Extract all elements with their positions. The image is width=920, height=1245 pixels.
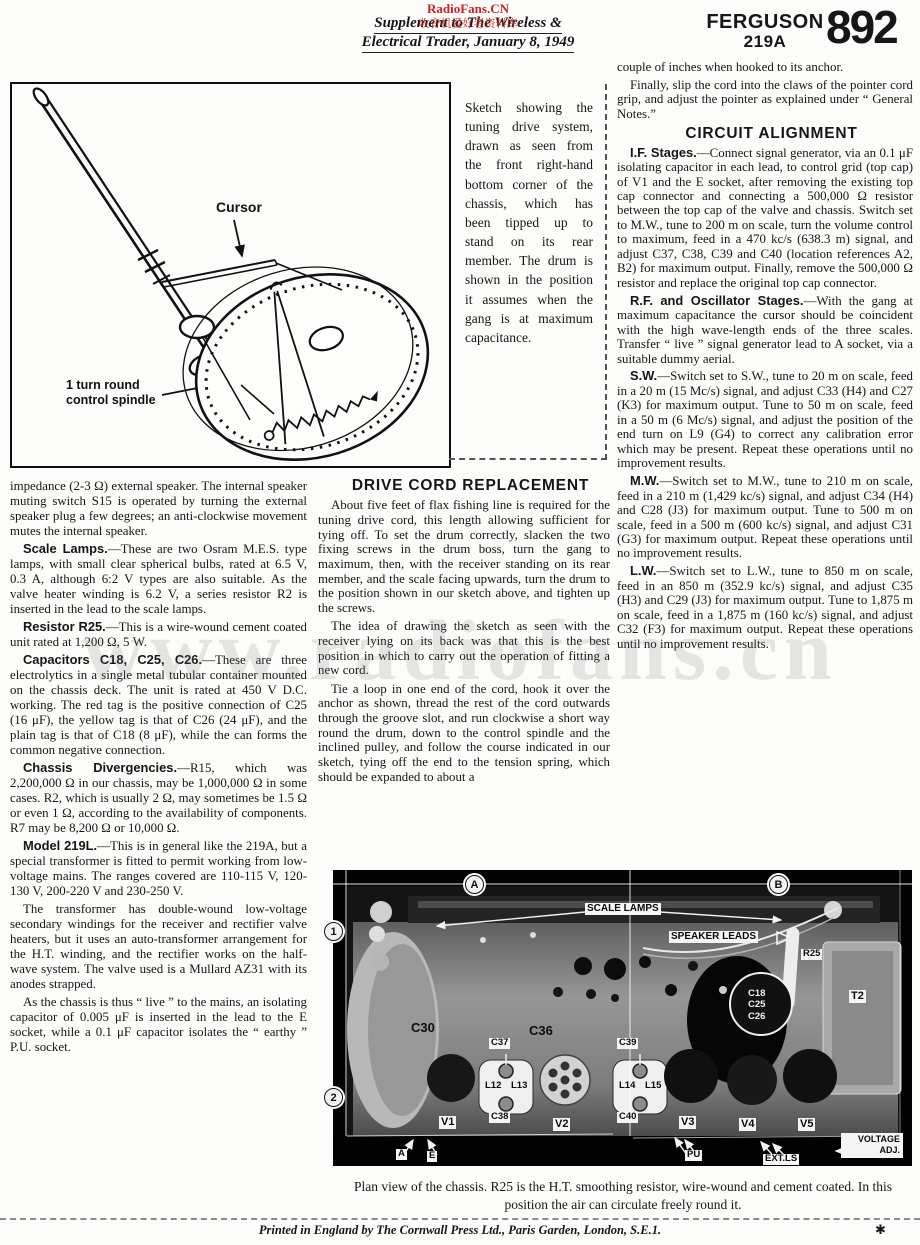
label-v3: V3	[679, 1116, 696, 1129]
label-ext-ls: EXT.LS	[763, 1154, 799, 1165]
grid-mark-b: B	[769, 875, 788, 894]
printer-imprint: Printed in England by The Cornwall Press…	[0, 1223, 920, 1238]
sheet-number: 892	[826, 0, 897, 54]
label-voltage-adj: VOLTAGE ADJ.	[841, 1133, 903, 1158]
drive-drum	[160, 236, 444, 461]
circuit-alignment-heading: CIRCUIT ALIGNMENT	[617, 125, 913, 142]
label-c18-c25-c26: C18 C25 C26	[748, 988, 765, 1022]
tuning-drive-sketch: Cursor 1 turn round control spindle	[10, 82, 451, 468]
middle-column: DRIVE CORD REPLACEMENT About five feet o…	[318, 477, 610, 788]
label-c36: C36	[529, 1023, 553, 1038]
label-v2: V2	[553, 1118, 570, 1131]
grid-mark-2: 2	[324, 1088, 343, 1107]
paragraph: Capacitors C18, C25, C26.—These are thre…	[10, 653, 307, 757]
paragraph: L.W.—Switch set to L.W., tune to 850 m o…	[617, 564, 913, 651]
label-c39: C39	[617, 1038, 638, 1049]
brand-name: FERGUSON	[706, 11, 823, 33]
label-t2: T2	[849, 990, 866, 1003]
paragraph: R.F. and Oscillator Stages.—With the gan…	[617, 294, 913, 366]
tuning-drive-sketch-drawing: Cursor 1 turn round control spindle	[12, 84, 444, 461]
grid-mark-1: 1	[324, 922, 343, 941]
grid-mark-a: A	[465, 875, 484, 894]
label-l12: L12	[483, 1081, 503, 1092]
paragraph: M.W.—Switch set to M.W., tune to 210 m o…	[617, 474, 913, 561]
label-l13: L13	[509, 1081, 529, 1092]
label-pu: PU	[685, 1150, 702, 1161]
sketch-cursor-label: Cursor	[216, 199, 262, 215]
label-c30: C30	[411, 1020, 435, 1035]
service-sheet-page: RadioFans.CN 收音机爱好者资料库 Supplement to The…	[0, 0, 920, 1245]
photo-caption: Plan view of the chassis. R25 is the H.T…	[333, 1178, 913, 1214]
paragraph: About five feet of flax fishing line is …	[318, 498, 610, 616]
footer-star-mark: ✱	[875, 1222, 886, 1238]
paragraph: Resistor R25.—This is a wire-wound cemen…	[10, 620, 307, 650]
paragraph: couple of inches when hooked to its anch…	[617, 60, 913, 74]
label-r25: R25	[801, 949, 822, 960]
label-a-socket: A	[396, 1149, 407, 1160]
label-c40: C40	[617, 1112, 638, 1123]
paragraph: Model 219L.—This is in general like the …	[10, 839, 307, 899]
sketch-caption: Sketch showing the tuning drive system, …	[449, 84, 607, 460]
sketch-spindle-label-line2: control spindle	[66, 393, 156, 407]
chassis-photo: A B 1 2 SCALE LAMPS SPEAKER LEADS R25 C1…	[333, 870, 912, 1166]
label-speaker-leads: SPEAKER LEADS	[669, 931, 758, 943]
paragraph: The idea of drawing the sketch as seen w…	[318, 619, 610, 678]
label-c38: C38	[489, 1112, 510, 1123]
drive-cord-heading: DRIVE CORD REPLACEMENT	[318, 477, 610, 495]
paragraph: S.W.—Switch set to S.W., tune to 20 m on…	[617, 369, 913, 470]
sketch-spindle-label-line1: 1 turn round	[66, 378, 140, 392]
label-v5: V5	[798, 1118, 815, 1131]
label-e-socket: E	[427, 1151, 437, 1162]
label-v1: V1	[439, 1116, 456, 1129]
paragraph: I.F. Stages.—Connect signal generator, v…	[617, 146, 913, 291]
paragraph: Tie a loop in one end of the cord, hook …	[318, 682, 610, 785]
paragraph: As the chassis is thus “ live ” to the m…	[10, 995, 307, 1055]
supplement-line2: Electrical Trader, January 8, 1949	[362, 34, 575, 53]
left-column: impedance (2-3 Ω) external speaker. The …	[10, 479, 307, 1059]
paragraph: The transformer has double-wound low-vol…	[10, 902, 307, 991]
right-column: couple of inches when hooked to its anch…	[617, 60, 913, 655]
paragraph: impedance (2-3 Ω) external speaker. The …	[10, 479, 307, 539]
model-number: 219A	[744, 32, 787, 51]
paragraph: Chassis Divergencies.—R15, which was 2,2…	[10, 761, 307, 836]
paragraph: Finally, slip the cord into the claws of…	[617, 78, 913, 121]
label-v4: V4	[739, 1118, 756, 1131]
label-scale-lamps: SCALE LAMPS	[585, 903, 661, 915]
label-c37: C37	[489, 1038, 510, 1049]
footer-rule	[0, 1218, 920, 1220]
label-l15: L15	[643, 1081, 663, 1092]
radiofans-watermark-line2: 收音机爱好者资料库	[330, 15, 606, 31]
paragraph: Scale Lamps.—These are two Osram M.E.S. …	[10, 542, 307, 617]
brand-block: FERGUSON 219A	[705, 13, 825, 51]
label-l14: L14	[617, 1081, 637, 1092]
